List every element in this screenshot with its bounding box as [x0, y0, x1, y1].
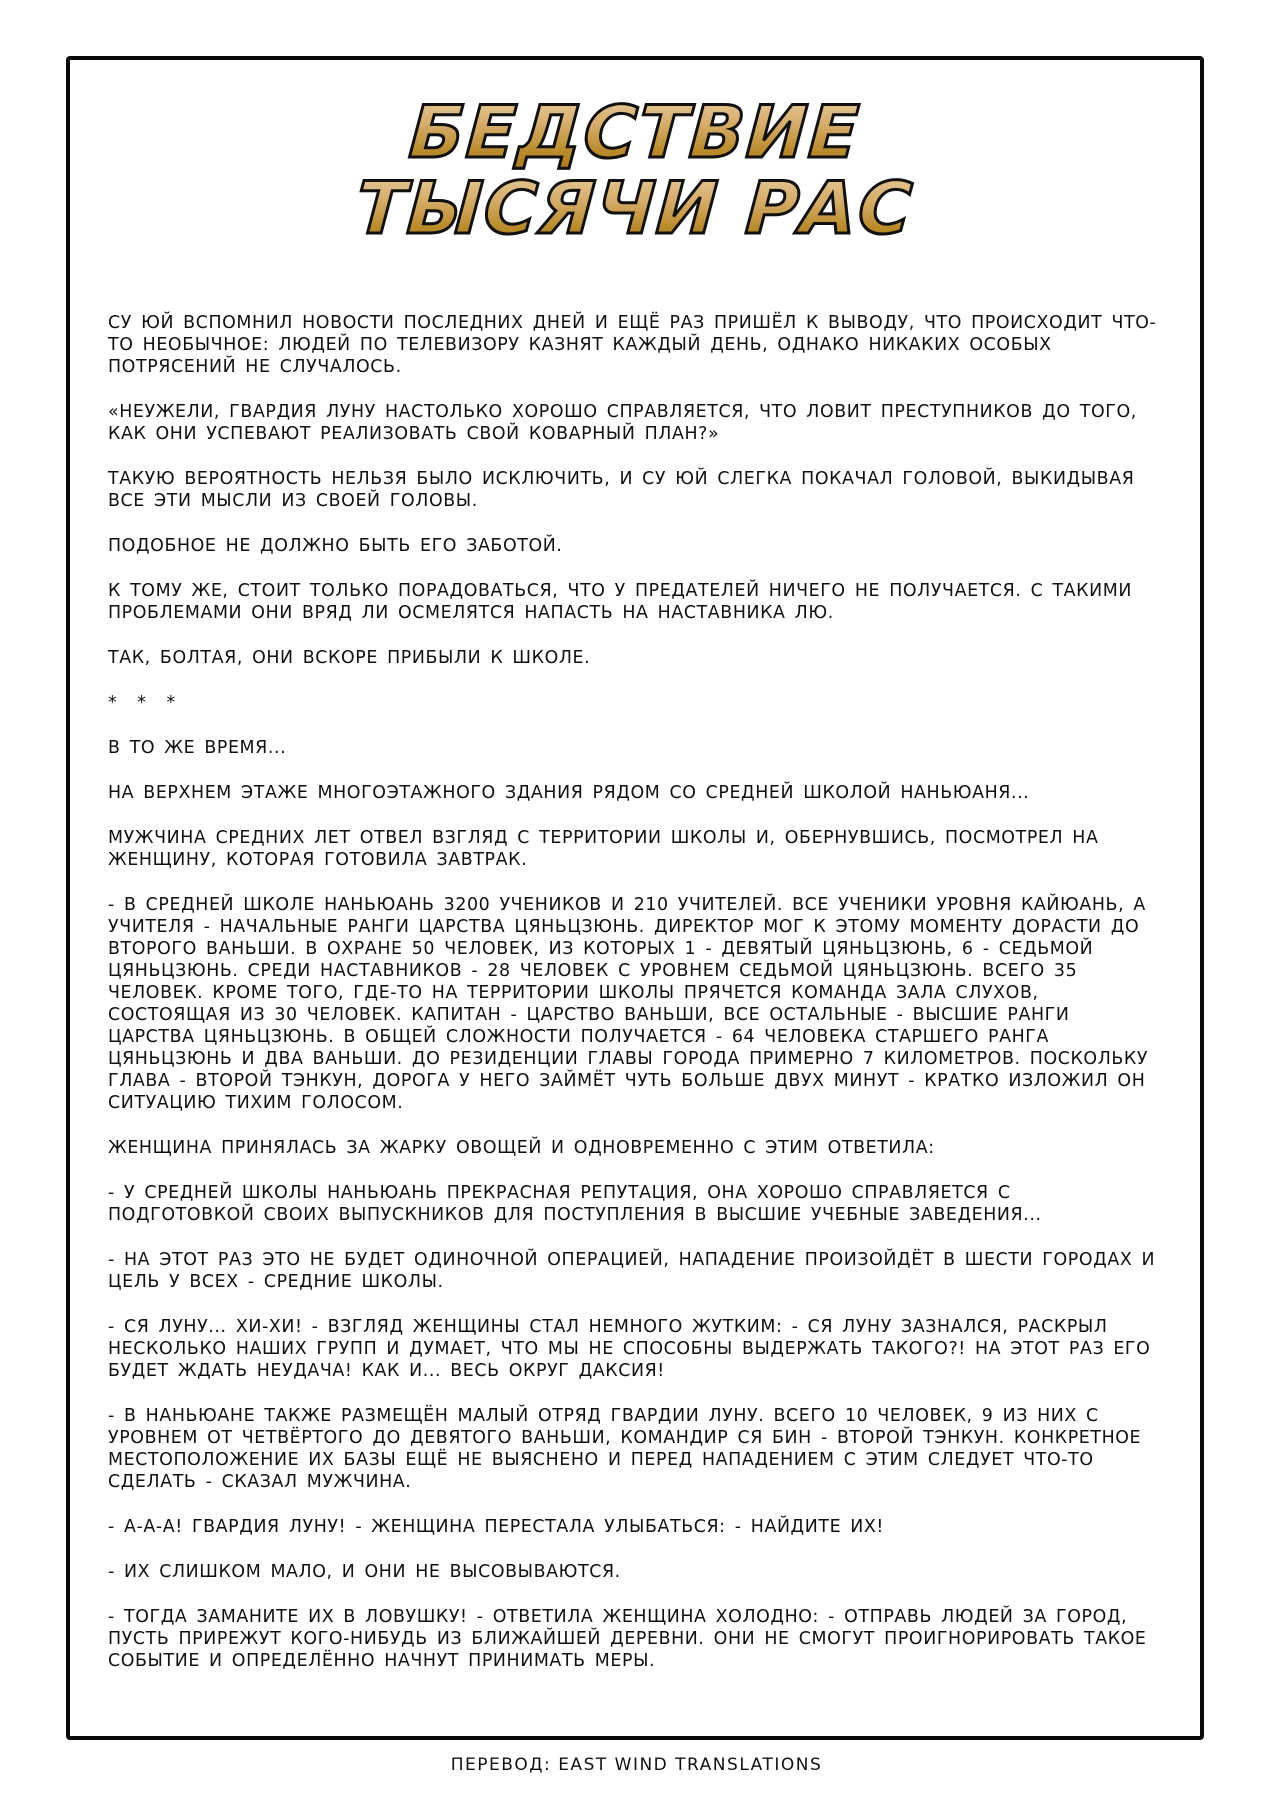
paragraph: Мужчина средних лет отвел взгляд с терри… — [108, 827, 1164, 871]
paragraph: - А-а-а! Гвардия Луну! - женщина переста… — [108, 1516, 1164, 1538]
story-text: Су Юй вспомнил новости последних дней и … — [108, 312, 1164, 1695]
paragraph: - Ся Луну... Хи-хи! - взгляд женщины ста… — [108, 1316, 1164, 1382]
paragraph: - Тогда заманите их в ловушку! - ответил… — [108, 1606, 1164, 1672]
paragraph: В то же время... — [108, 737, 1164, 759]
paragraph: - На этот раз это не будет одиночной опе… — [108, 1249, 1164, 1293]
title-line-1: БЕДСТВИЕ — [67, 92, 1203, 172]
paragraph: - В Наньюане также размещён малый отряд … — [108, 1405, 1164, 1493]
paragraph: Женщина принялась за жарку овощей и одно… — [108, 1137, 1164, 1159]
scene-break: * * * — [108, 692, 1164, 714]
title-line-2: ТЫСЯЧИ РАС — [67, 168, 1203, 248]
title-logo: БЕДСТВИЕ ТЫСЯЧИ РАС — [70, 92, 1200, 248]
paragraph: Подобное не должно быть его заботой. — [108, 535, 1164, 557]
paragraph: Такую вероятность нельзя было исключить,… — [108, 468, 1164, 512]
paragraph: «Неужели, Гвардия Луну настолько хорошо … — [108, 401, 1164, 445]
paragraph: На верхнем этаже многоэтажного здания ря… — [108, 782, 1164, 804]
translation-credit: Перевод: East Wind Translations — [0, 1755, 1273, 1775]
paragraph: - У средней школы Наньюань прекрасная ре… — [108, 1182, 1164, 1226]
paragraph: Так, болтая, они вскоре прибыли к школе. — [108, 647, 1164, 669]
paragraph: - Их слишком мало, и они не высовываются… — [108, 1561, 1164, 1583]
paragraph: - В средней школе Наньюань 3200 учеников… — [108, 894, 1164, 1114]
paragraph: Су Юй вспомнил новости последних дней и … — [108, 312, 1164, 378]
page-frame: БЕДСТВИЕ ТЫСЯЧИ РАС Су Юй вспомнил новос… — [66, 56, 1204, 1740]
paragraph: К тому же, стоит только порадоваться, чт… — [108, 580, 1164, 624]
